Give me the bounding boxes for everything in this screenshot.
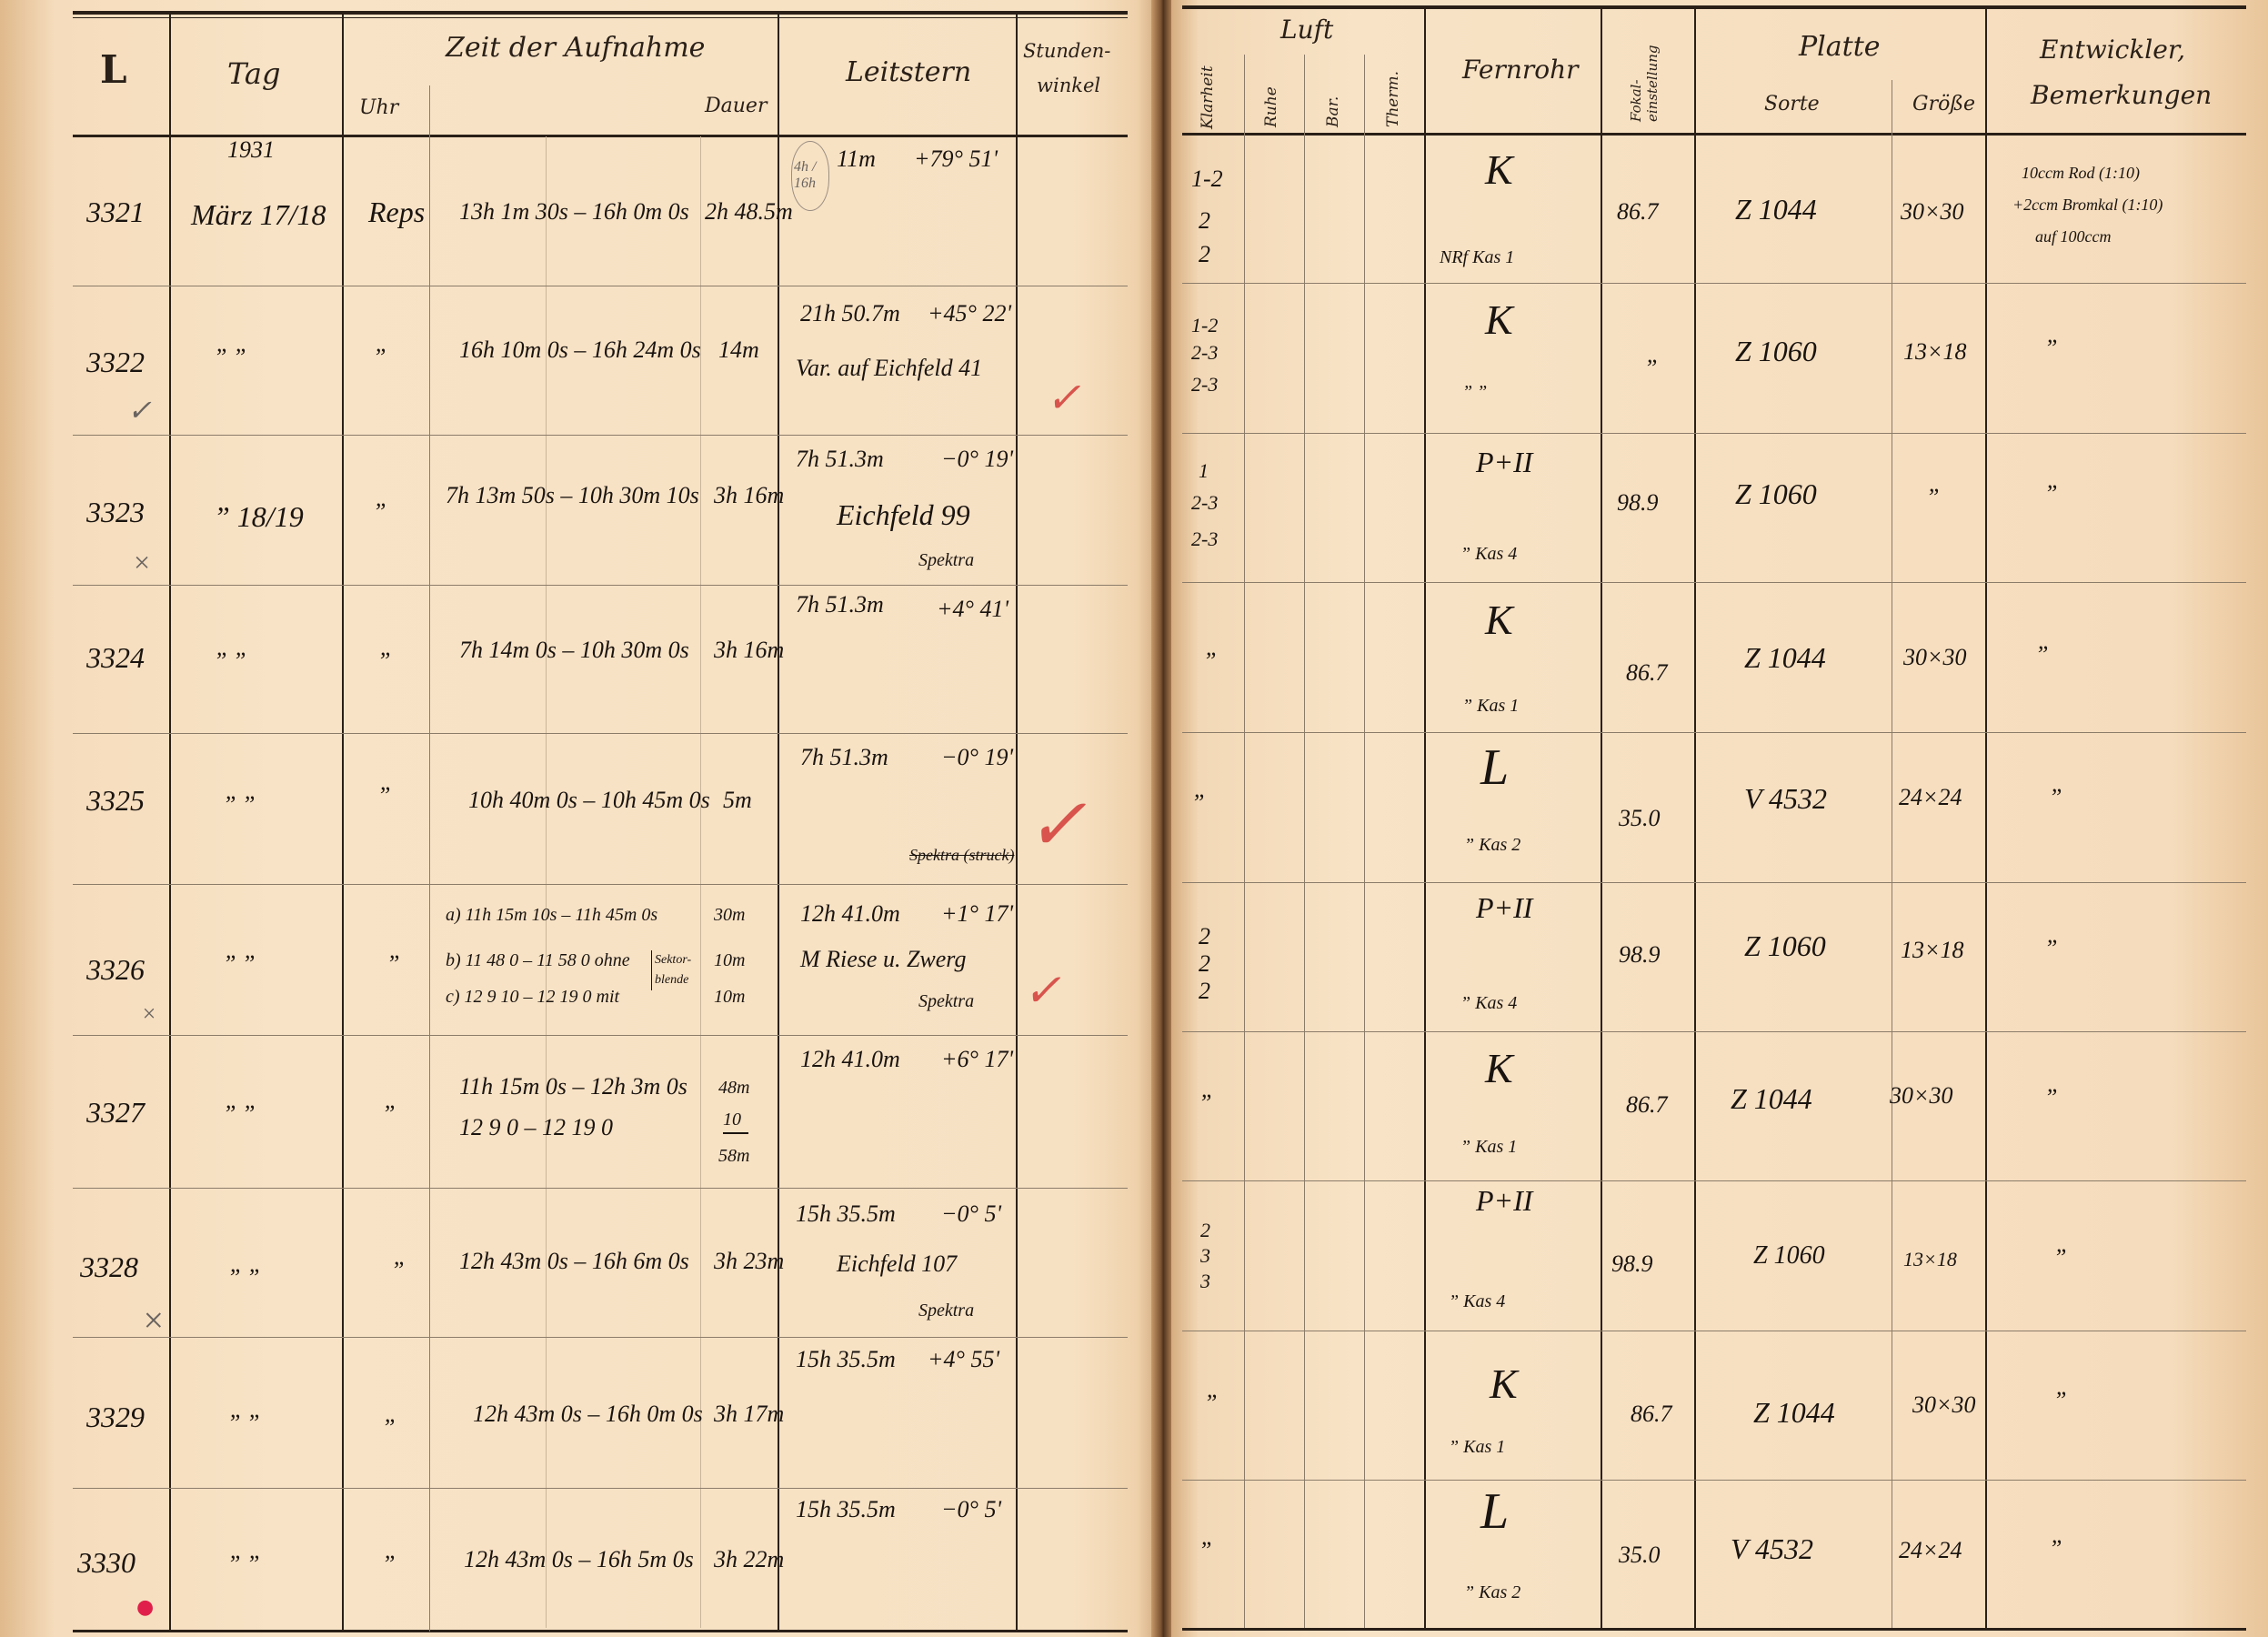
- entry-duration-c: 10m: [714, 987, 745, 1008]
- telescope-cassette: NRf Kas 1: [1440, 247, 1514, 268]
- guide-star-ra: 15h 35.5m: [796, 1200, 896, 1228]
- hour-angle-check: ✓: [1023, 964, 1061, 1017]
- guide-star-note2: Spektra: [918, 991, 974, 1012]
- guide-star-dec: +6° 17': [941, 1046, 1013, 1073]
- col-divider: [1304, 55, 1305, 1628]
- clarity: ”: [1204, 1390, 1217, 1417]
- entry-number: 3321: [86, 196, 145, 229]
- telescope-cassette: ” Kas 1: [1460, 1137, 1517, 1158]
- clarity: ”: [1191, 789, 1204, 817]
- header-entwickler: Entwickler,: [2040, 35, 2185, 65]
- focal-setting: 86.7: [1631, 1401, 1672, 1428]
- plate-type: Z 1044: [1744, 641, 1826, 675]
- row-divider: [73, 1337, 1128, 1338]
- entry-time-b: b) 11 48 0 – 11 58 0 ohne: [446, 950, 630, 971]
- entry-clock: ”: [382, 1100, 395, 1128]
- telescope: P+II: [1476, 891, 1532, 925]
- guide-star-dec: +1° 17': [941, 900, 1013, 928]
- entry-number: 3324: [86, 641, 145, 675]
- guide-star-dec: +45° 22': [928, 300, 1011, 327]
- guide-star-note2: Spektra: [918, 1301, 974, 1321]
- guide-star-note: Eichfeld 107: [837, 1250, 957, 1278]
- entry-number: 3330: [77, 1546, 135, 1580]
- hour-angle-check: ✓: [1046, 373, 1081, 422]
- plate-type: Z 1060: [1753, 1241, 1825, 1270]
- header-fokal: Fokal-einstellung: [1628, 20, 1664, 122]
- row-divider: [1182, 283, 2246, 284]
- row-divider: [1182, 732, 2246, 733]
- telescope: K: [1485, 596, 1513, 644]
- header-dauer: Dauer: [705, 95, 767, 117]
- telescope: K: [1485, 146, 1513, 194]
- telescope: P+II: [1476, 446, 1532, 479]
- entry-date: ” 18/19: [214, 500, 304, 534]
- col-divider: [1424, 9, 1426, 1628]
- entry-duration: 3h 22m: [714, 1546, 784, 1573]
- header-ruhe: Ruhe: [1262, 82, 1280, 127]
- entry-time: 12h 43m 0s – 16h 6m 0s: [459, 1248, 689, 1275]
- col-divider: [1016, 15, 1018, 1632]
- guide-star-dec: +4° 55': [928, 1346, 999, 1373]
- col-divider: [1244, 55, 1245, 1628]
- clarity-3: 2-3: [1191, 527, 1218, 551]
- header-platte: Platte: [1799, 31, 1881, 63]
- clarity-2: 3: [1200, 1244, 1210, 1268]
- entry-time-c: c) 12 9 10 – 12 19 0 mit: [446, 987, 619, 1008]
- header-therm: Therm.: [1384, 75, 1402, 127]
- row-divider: [73, 435, 1128, 436]
- row-divider: [73, 1035, 1128, 1036]
- left-page: L Tag Zeit der Aufnahme Uhr Dauer Leitst…: [0, 0, 1153, 1637]
- entry-number: 3326: [86, 953, 145, 987]
- plate-type: Z 1044: [1735, 193, 1817, 226]
- guide-star-ra: 7h 51.3m: [796, 591, 884, 618]
- row-divider: [1182, 1031, 2246, 1032]
- guide-star-dec: −0° 5': [941, 1496, 1001, 1523]
- focal-setting: 98.9: [1611, 1250, 1653, 1278]
- developer-note: ”: [2044, 335, 2057, 362]
- entry-duration-1: 48m: [718, 1078, 749, 1099]
- entry-clock: ”: [377, 782, 390, 809]
- developer-note: ”: [2035, 641, 2048, 668]
- header-sorte: Sorte: [1764, 93, 1820, 115]
- entry-date: März 17/18: [191, 198, 326, 232]
- bottom-rule: [1182, 1628, 2246, 1631]
- entry-number: 3328: [80, 1250, 138, 1284]
- telescope-cassette: ” Kas 4: [1460, 544, 1517, 565]
- plate-type: Z 1060: [1735, 335, 1817, 368]
- guide-star-ra: 15h 35.5m: [796, 1496, 896, 1523]
- guide-star-dec: +4° 41': [937, 596, 1009, 623]
- entry-clock: ”: [373, 344, 386, 371]
- header-fernrohr: Fernrohr: [1462, 55, 1579, 85]
- plate-size: ”: [1926, 484, 1939, 511]
- guide-star-dec: −0° 5': [941, 1200, 1001, 1228]
- col-divider: [429, 85, 430, 1632]
- entry-time-2: 12 9 0 – 12 19 0: [459, 1114, 613, 1141]
- developer-note: ”: [2049, 1535, 2062, 1562]
- telescope: L: [1480, 738, 1509, 797]
- focal-setting: 35.0: [1619, 805, 1661, 832]
- header-zeit: Zeit der Aufnahme: [446, 32, 705, 64]
- row-divider: [73, 733, 1128, 734]
- clarity-2: 2: [1199, 950, 1210, 978]
- plate-size: 13×18: [1901, 937, 1964, 964]
- header-tag: Tag: [227, 56, 280, 91]
- col-divider: [1985, 9, 1987, 1628]
- guide-star-note2-struck: Spektra (struck): [909, 846, 1014, 865]
- telescope: K: [1490, 1360, 1518, 1408]
- margin-cross: ×: [141, 1299, 166, 1341]
- guide-star-ra: 11m: [837, 146, 876, 173]
- col-divider: [342, 15, 344, 1632]
- entry-date: ” ”: [223, 1100, 255, 1128]
- entry-date: ” ”: [227, 1551, 259, 1578]
- telescope: P+II: [1476, 1184, 1532, 1218]
- focal-setting: 98.9: [1617, 489, 1659, 517]
- focal-setting: ”: [1644, 355, 1657, 382]
- entry-time-1: 11h 15m 0s – 12h 3m 0s: [459, 1073, 687, 1100]
- entry-clock: Reps: [368, 196, 425, 229]
- developer-note-2: +2ccm Bromkal (1:10): [2012, 196, 2163, 215]
- row-divider: [73, 286, 1128, 286]
- guide-star-ra: 12h 41.0m: [800, 900, 900, 928]
- clarity: ”: [1199, 1090, 1211, 1117]
- guide-star-note: M Riese u. Zwerg: [800, 946, 966, 973]
- clarity-1: 2: [1200, 1219, 1210, 1242]
- margin-cross: ×: [141, 1000, 157, 1028]
- header-leitstern: Leitstern: [846, 56, 971, 88]
- entry-duration: 3h 17m: [714, 1401, 784, 1428]
- focal-setting: 35.0: [1619, 1542, 1661, 1569]
- entry-duration: 3h 23m: [714, 1248, 784, 1275]
- entry-time: 12h 43m 0s – 16h 5m 0s: [464, 1546, 694, 1573]
- telescope-cassette: ” Kas 2: [1464, 835, 1520, 856]
- developer-note: ”: [2044, 1084, 2057, 1111]
- guide-star-ra: 7h 51.3m: [800, 744, 888, 771]
- margin-cross: ×: [132, 546, 152, 579]
- clarity-2: 2-3: [1191, 341, 1218, 365]
- plate-type: Z 1044: [1731, 1082, 1812, 1116]
- entry-clock: ”: [373, 498, 386, 526]
- entry-number: 3322: [86, 346, 145, 379]
- header-stundenwinkel-2: winkel: [1037, 75, 1100, 96]
- entry-clock: ”: [382, 1551, 395, 1578]
- guide-star-dec: −0° 19': [941, 446, 1013, 473]
- focal-setting: 98.9: [1619, 941, 1661, 969]
- focal-setting: 86.7: [1617, 198, 1659, 226]
- header-uhr: Uhr: [359, 96, 398, 119]
- plate-type: Z 1044: [1753, 1396, 1835, 1430]
- guide-star-note: Eichfeld 99: [837, 498, 970, 532]
- telescope: K: [1485, 296, 1513, 344]
- row-divider: [73, 585, 1128, 586]
- telescope-cassette: ” Kas 1: [1449, 1437, 1505, 1458]
- clarity-3: 2-3: [1191, 373, 1218, 397]
- row-divider: [1182, 582, 2246, 583]
- developer-note-3: auf 100ccm: [2035, 227, 2111, 246]
- col-divider: [1601, 9, 1602, 1628]
- row-divider: [1182, 1180, 2246, 1181]
- row-divider: [73, 1488, 1128, 1489]
- right-page: Luft Klarheit Ruhe Bar. Therm. Fernrohr …: [1171, 0, 2268, 1637]
- row-divider: [1182, 1480, 2246, 1481]
- telescope-cassette: ” Kas 2: [1464, 1582, 1520, 1603]
- guide-star-ra: 15h 35.5m: [796, 1346, 896, 1373]
- entry-date: ” ”: [214, 344, 246, 371]
- developer-note: ”: [2044, 935, 2057, 962]
- entry-number: 3329: [86, 1401, 145, 1434]
- plate-size: 30×30: [1890, 1082, 1953, 1110]
- clarity-3: 2: [1199, 978, 1210, 1005]
- entry-time: 7h 13m 50s – 10h 30m 10s: [446, 482, 699, 509]
- entry-time: 7h 14m 0s – 10h 30m 0s: [459, 637, 689, 664]
- entry-date: ” ”: [227, 1264, 259, 1291]
- guide-star-dec: +79° 51': [914, 146, 998, 173]
- entry-number: 3325: [86, 784, 145, 818]
- entry-time-a: a) 11h 15m 10s – 11h 45m 0s: [446, 905, 657, 926]
- entry-time: 13h 1m 30s – 16h 0m 0s: [459, 198, 689, 226]
- clarity-1: 1-2: [1191, 314, 1218, 337]
- entry-duration-total: 58m: [718, 1146, 749, 1167]
- hour-angle-check: ✓: [1026, 782, 1087, 868]
- top-rule-thin: [73, 17, 1128, 18]
- entry-date: ” ”: [223, 950, 255, 978]
- plate-type: V 4532: [1731, 1532, 1813, 1566]
- margin-check: ✓: [127, 393, 152, 427]
- red-dot-marker: ●: [136, 1596, 154, 1619]
- entry-clock: ”: [391, 1257, 404, 1284]
- entry-time: 16h 10m 0s – 16h 24m 0s: [459, 336, 701, 364]
- plate-size: 13×18: [1903, 1248, 1957, 1271]
- entry-date: ” ”: [227, 1410, 259, 1437]
- clarity: ”: [1203, 648, 1216, 675]
- developer-note-1: 10ccm Rod (1:10): [2022, 164, 2140, 183]
- developer-note: ”: [2053, 1387, 2066, 1414]
- telescope-cassette: ” Kas 1: [1462, 696, 1519, 717]
- header-rule: [1182, 133, 2246, 136]
- telescope: L: [1480, 1482, 1509, 1541]
- guide-star-ra: 7h 51.3m: [796, 446, 884, 473]
- entry-duration-b: 10m: [714, 950, 745, 971]
- entry-duration-a: 30m: [714, 905, 745, 926]
- header-stundenwinkel-1: Stunden-: [1023, 40, 1110, 62]
- developer-note: ”: [2053, 1244, 2066, 1271]
- clarity-1: 1-2: [1191, 166, 1223, 193]
- plate-size: 13×18: [1903, 338, 1967, 366]
- telescope-cassette: ” Kas 4: [1449, 1291, 1505, 1312]
- guide-star-ra: 12h 41.0m: [800, 1046, 900, 1073]
- entry-date: ” ”: [214, 648, 246, 675]
- developer-note: ”: [2044, 480, 2057, 507]
- guide-star-ra: 21h 50.7m: [800, 300, 900, 327]
- top-rule: [73, 11, 1128, 15]
- row-divider: [1182, 1331, 2246, 1331]
- entry-duration: 5m: [723, 787, 752, 814]
- sector-bracket-note: Sektor-blende: [651, 950, 700, 990]
- guide-star-dec: −0° 19': [941, 744, 1013, 771]
- header-L: L: [100, 47, 127, 92]
- clarity-2: 2: [1199, 207, 1210, 235]
- entry-number: 3323: [86, 496, 145, 529]
- book-gutter: [1151, 0, 1173, 1637]
- plate-type: V 4532: [1744, 782, 1827, 816]
- header-bemerkungen: Bemerkungen: [2031, 80, 2212, 110]
- plate-type: Z 1060: [1735, 477, 1817, 511]
- entry-duration: 2h 48.5m: [705, 198, 793, 226]
- bottom-rule: [73, 1630, 1128, 1632]
- entry-duration: 14m: [718, 336, 759, 364]
- clarity-2: 2-3: [1191, 491, 1218, 515]
- entry-clock: ”: [386, 950, 399, 978]
- guide-star-note2: Spektra: [918, 550, 974, 571]
- plate-size: 30×30: [1901, 198, 1964, 226]
- entry-time: 10h 40m 0s – 10h 45m 0s: [468, 787, 710, 814]
- row-divider: [1182, 882, 2246, 883]
- header-luft: Luft: [1280, 15, 1333, 45]
- circled-text: 4h / 16h: [794, 159, 827, 192]
- plate-size: 30×30: [1903, 644, 1967, 671]
- col-divider: [1364, 55, 1365, 1628]
- col-divider: [169, 15, 171, 1632]
- header-groesse: Größe: [1912, 93, 1975, 115]
- entry-clock: ”: [382, 1414, 395, 1441]
- clarity-3: 2: [1199, 241, 1210, 268]
- entry-clock: ”: [377, 648, 390, 675]
- header-klarheit: Klarheit: [1199, 55, 1217, 129]
- col-divider: [1694, 9, 1696, 1628]
- clarity-3: 3: [1200, 1270, 1210, 1293]
- row-divider: [73, 1188, 1128, 1189]
- row-divider: [1182, 433, 2246, 434]
- plate-size: 30×30: [1912, 1391, 1976, 1419]
- top-rule: [1182, 5, 2246, 9]
- plate-size: 24×24: [1899, 1537, 1962, 1564]
- guide-star-note: Var. auf Eichfeld 41: [796, 355, 982, 382]
- entry-date: ” ”: [223, 791, 255, 818]
- header-bar: Bar.: [1324, 91, 1342, 127]
- year-note: 1931: [227, 136, 275, 164]
- plate-type: Z 1060: [1744, 929, 1826, 963]
- clarity-1: 1: [1199, 459, 1209, 483]
- entry-duration-2: 10: [723, 1110, 748, 1134]
- clarity-1: 2: [1199, 923, 1210, 950]
- focal-setting: 86.7: [1626, 1091, 1668, 1119]
- telescope-cassette: ” Kas 4: [1460, 993, 1517, 1014]
- focal-setting: 86.7: [1626, 659, 1668, 687]
- plate-size: 24×24: [1899, 784, 1962, 811]
- developer-note: ”: [2049, 784, 2062, 811]
- entry-duration: 3h 16m: [714, 637, 784, 664]
- clarity: ”: [1199, 1537, 1211, 1564]
- col-divider: [1892, 80, 1892, 1628]
- telescope-cassette: ” ”: [1462, 382, 1487, 403]
- telescope: K: [1485, 1044, 1513, 1092]
- row-divider: [73, 884, 1128, 885]
- entry-time: 12h 43m 0s – 16h 0m 0s: [473, 1401, 703, 1428]
- col-divider: [778, 15, 779, 1632]
- entry-duration: 3h 16m: [714, 482, 784, 509]
- entry-number: 3327: [86, 1096, 145, 1130]
